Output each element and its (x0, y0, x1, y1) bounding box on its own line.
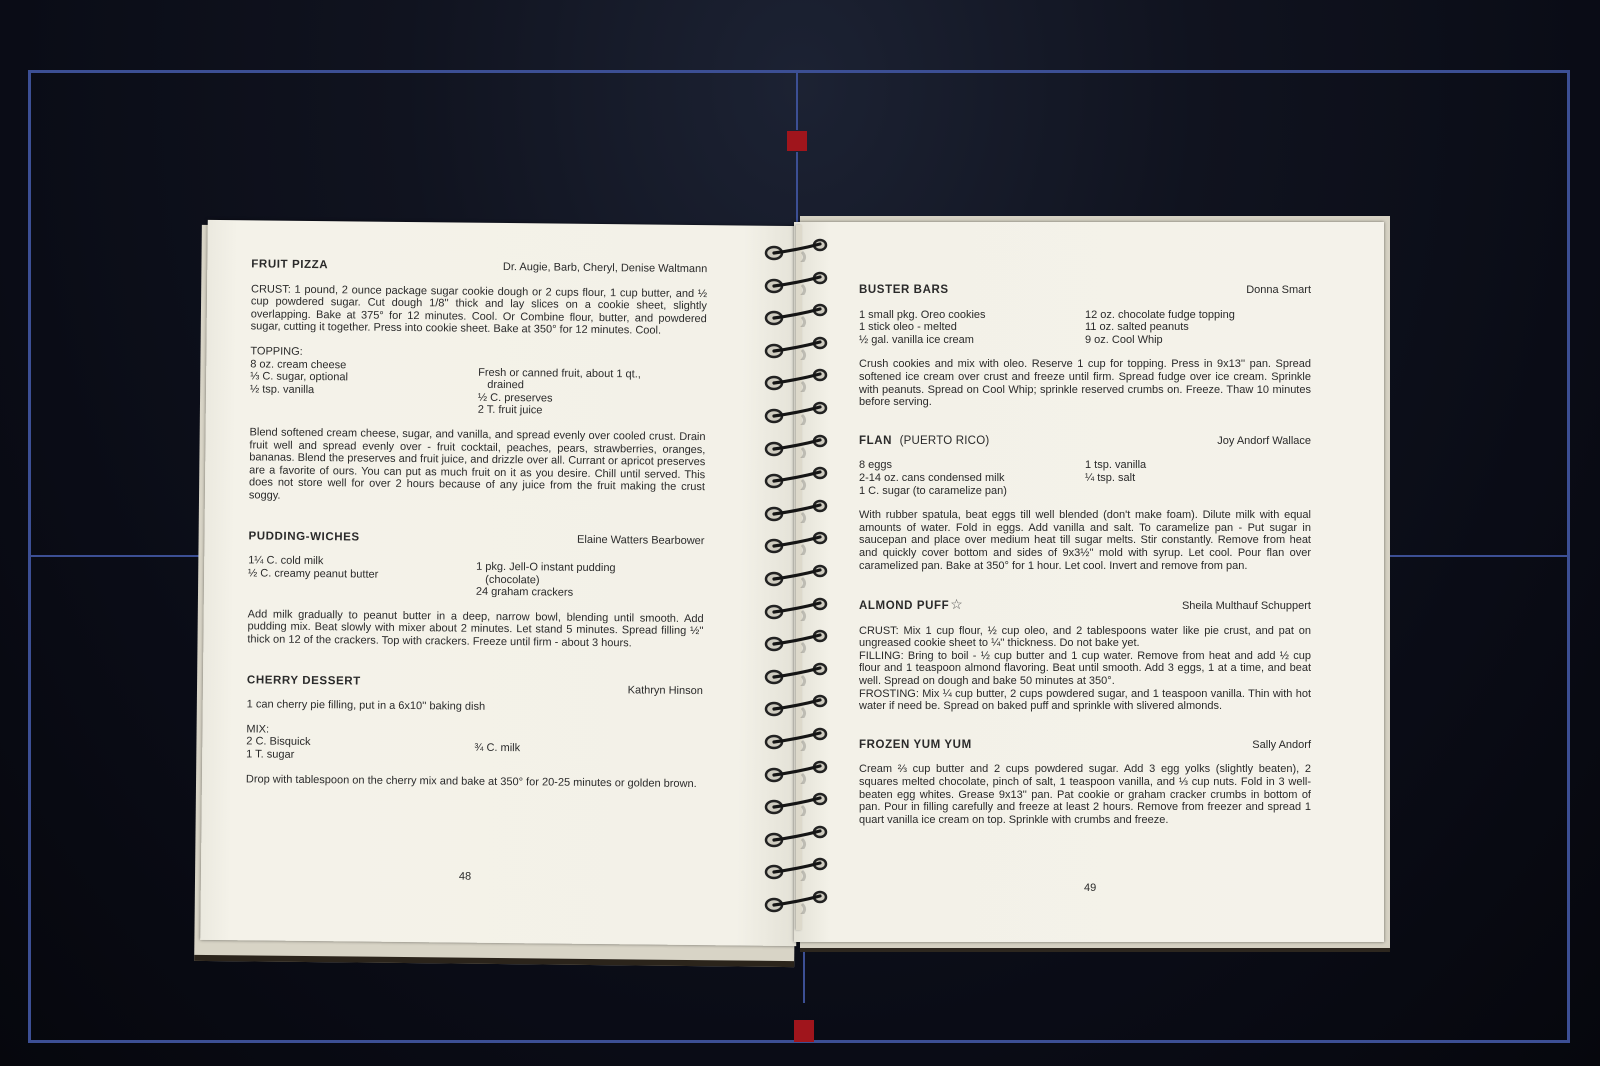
recipe-author: Elaine Watters Bearbower (577, 533, 704, 547)
recipe-sections: CRUST: Mix 1 cup flour, ½ cup oleo, and … (859, 625, 1311, 713)
recipe-almond-puff: ALMOND PUFF☆ Sheila Multhauf Schuppert C… (859, 598, 1311, 713)
recipe-section-frosting: FROSTING: Mix ¼ cup butter, 2 cups powde… (859, 688, 1311, 713)
recipe-title: CHERRY DESSERT (247, 674, 361, 688)
recipe-directions: Add milk gradually to peanut butter in a… (247, 608, 703, 651)
recipe-directions: With rubber spatula, beat eggs till well… (859, 509, 1311, 572)
recipe-section-crust: CRUST: Mix 1 cup flour, ½ cup oleo, and … (859, 625, 1311, 650)
spiral-coil (762, 564, 832, 586)
ingredient: 1 tsp. vanilla (1085, 459, 1311, 472)
ingredient-column-left: 8 eggs 2-14 oz. cans condensed milk 1 C.… (859, 459, 1085, 497)
spiral-coil (762, 629, 832, 651)
recipe-frozen-yum-yum: FROZEN YUM YUM Sally Andorf Cream ⅔ cup … (859, 739, 1311, 827)
frame-center-line-top (796, 72, 798, 130)
recipe-title: PUDDING-WICHES (248, 530, 359, 544)
registration-mark-bottom (794, 1020, 814, 1042)
spiral-coil (762, 271, 832, 293)
spiral-coil (762, 434, 832, 456)
ingredient-column-right: Fresh or canned fruit, about 1 qt., drai… (478, 360, 707, 419)
ingredient: 2 T. fruit juice (478, 404, 706, 419)
ingredient-column-left: 8 oz. cream cheese ⅓ C. sugar, optional … (250, 358, 479, 417)
page-number: 49 (1084, 882, 1096, 894)
recipe-pudding-wiches: PUDDING-WICHES Elaine Watters Bearbower … (247, 530, 704, 651)
spiral-coil (762, 857, 832, 879)
spiral-binding (762, 238, 832, 918)
recipe-cherry-dessert: CHERRY DESSERT Kathryn Hinson 1 can cher… (246, 674, 703, 790)
recipe-author: Joy Andorf Wallace (1217, 435, 1311, 448)
recipe-flan: FLAN (PUERTO RICO) Joy Andorf Wallace 8 … (859, 435, 1311, 572)
frame-mid-line-left (28, 555, 208, 557)
ingredient: 24 graham crackers (476, 586, 704, 601)
left-page: FRUIT PIZZA Dr. Augie, Barb, Cheryl, Den… (200, 220, 804, 946)
ingredient: ½ gal. vanilla ice cream (859, 334, 1085, 347)
ingredient-list: 1¼ C. cold milk ½ C. creamy peanut butte… (248, 554, 704, 601)
spiral-coil (762, 890, 832, 912)
spiral-coil (762, 336, 832, 358)
spiral-coil (762, 531, 832, 553)
spiral-coil (762, 401, 832, 423)
recipe-directions: Drop with tablespoon on the cherry mix a… (246, 773, 702, 790)
spiral-coil (762, 825, 832, 847)
recipe-title: FRUIT PIZZA (251, 258, 328, 271)
frame-center-line-lower (803, 945, 805, 1003)
ingredient: 9 oz. Cool Whip (1085, 334, 1311, 347)
ingredient-list: 1 small pkg. Oreo cookies 1 stick oleo -… (859, 309, 1311, 347)
left-page-content: FRUIT PIZZA Dr. Augie, Barb, Cheryl, Den… (246, 258, 708, 812)
spiral-coil (762, 792, 832, 814)
right-page: BUSTER BARS Donna Smart 1 small pkg. Ore… (794, 222, 1384, 942)
recipe-section-filling: FILLING: Bring to boil - ½ cup butter an… (859, 650, 1311, 688)
recipe-fruit-pizza: FRUIT PIZZA Dr. Augie, Barb, Cheryl, Den… (249, 258, 708, 506)
recipe-intro: 1 can cherry pie filling, put in a 6x10'… (247, 699, 703, 716)
hand-drawn-star-icon: ☆ (950, 598, 963, 611)
ingredient-column-left: 1¼ C. cold milk ½ C. creamy peanut butte… (248, 554, 476, 598)
spiral-coil (762, 499, 832, 521)
ingredient: 1 C. sugar (to caramelize pan) (859, 485, 1085, 498)
spiral-coil (762, 466, 832, 488)
ingredient: 11 oz. salted peanuts (1085, 321, 1311, 334)
ingredient: ½ tsp. vanilla (250, 383, 478, 398)
spiral-coil (762, 597, 832, 619)
spiral-coil (762, 694, 832, 716)
recipe-title: FROZEN YUM YUM (859, 739, 972, 752)
recipe-directions: Crush cookies and mix with oleo. Reserve… (859, 358, 1311, 408)
ingredient: ¾ C. milk (474, 742, 702, 757)
ingredient-column-right: 12 oz. chocolate fudge topping 11 oz. sa… (1085, 309, 1311, 347)
ingredient-column-right: 1 pkg. Jell-O instant pudding (chocolate… (476, 557, 704, 601)
ingredient-list: 2 C. Bisquick 1 T. sugar ¾ C. milk (246, 736, 702, 766)
ingredient-list: 8 eggs 2-14 oz. cans condensed milk 1 C.… (859, 459, 1311, 497)
spiral-coil (762, 303, 832, 325)
spiral-coil (762, 368, 832, 390)
spiral-coil (762, 238, 832, 260)
recipe-author: Donna Smart (1246, 284, 1311, 297)
recipe-title-main: ALMOND PUFF (859, 600, 949, 612)
recipe-crust: CRUST: 1 pound, 2 ounce package sugar co… (251, 283, 708, 338)
recipe-title: ALMOND PUFF☆ (859, 598, 963, 613)
recipe-title-suffix: (PUERTO RICO) (900, 435, 990, 447)
right-page-content: BUSTER BARS Donna Smart 1 small pkg. Ore… (859, 284, 1311, 848)
ingredient-column-right: 1 tsp. vanilla ¼ tsp. salt (1085, 459, 1311, 497)
recipe-author: Kathryn Hinson (628, 684, 703, 697)
frame-center-line-upper (796, 152, 798, 224)
ingredient-column-left: 1 small pkg. Oreo cookies 1 stick oleo -… (859, 309, 1085, 347)
registration-mark-top (787, 131, 807, 151)
frame-mid-line-right (1380, 555, 1570, 557)
recipe-directions: Cream ⅔ cup butter and 2 cups powdered s… (859, 763, 1311, 826)
ingredient-list: 8 oz. cream cheese ⅓ C. sugar, optional … (250, 358, 707, 419)
recipe-title: FLAN (PUERTO RICO) (859, 435, 989, 448)
ingredient: 8 eggs (859, 459, 1085, 472)
recipe-directions: Blend softened cream cheese, sugar, and … (249, 426, 706, 506)
recipe-author: Dr. Augie, Barb, Cheryl, Denise Waltmann (503, 261, 708, 276)
ingredient: ½ C. creamy peanut butter (248, 567, 476, 582)
page-number: 48 (459, 871, 471, 883)
spiral-coil (762, 760, 832, 782)
spiral-coil (762, 662, 832, 684)
recipe-author: Sheila Multhauf Schuppert (1182, 600, 1311, 613)
frame-top-line (28, 70, 1570, 73)
ingredient: 12 oz. chocolate fudge topping (1085, 309, 1311, 322)
ingredient: 2-14 oz. cans condensed milk (859, 472, 1085, 485)
ingredient: 1 small pkg. Oreo cookies (859, 309, 1085, 322)
ingredient: 1 T. sugar (246, 748, 474, 763)
spiral-coil (762, 727, 832, 749)
ingredient-column-right: ¾ C. milk (474, 738, 702, 766)
ingredient-column-left: 2 C. Bisquick 1 T. sugar (246, 736, 474, 764)
recipe-author: Sally Andorf (1252, 739, 1311, 752)
recipe-title-main: FLAN (859, 435, 892, 447)
recipe-buster-bars: BUSTER BARS Donna Smart 1 small pkg. Ore… (859, 284, 1311, 409)
ingredient: ¼ tsp. salt (1085, 472, 1311, 485)
ingredient: 1 stick oleo - melted (859, 321, 1085, 334)
recipe-title: BUSTER BARS (859, 284, 949, 297)
